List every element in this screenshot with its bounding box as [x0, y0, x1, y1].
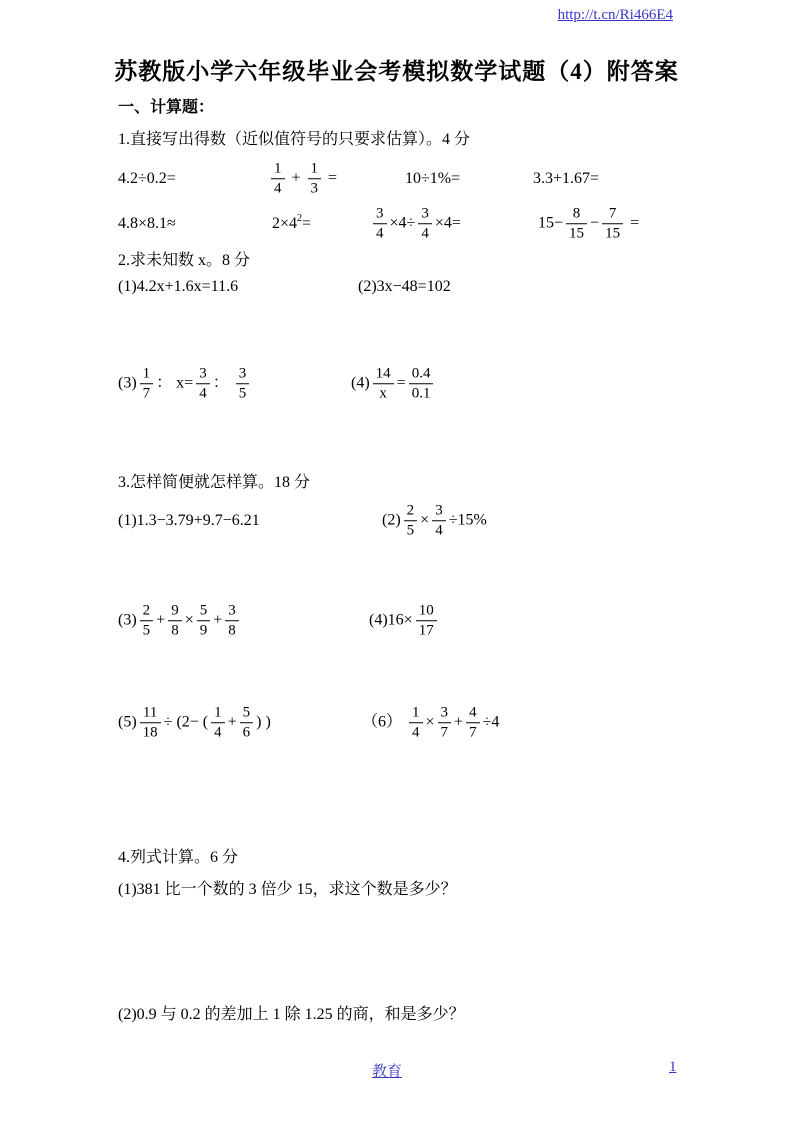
fraction: 14	[409, 704, 423, 742]
fraction: 34	[432, 502, 446, 540]
q1-row2-expr-2: 2×42=	[272, 215, 311, 233]
exponent: 2	[297, 213, 302, 224]
fraction: 34	[418, 205, 432, 243]
fraction: 56	[240, 704, 254, 742]
fraction: 47	[466, 704, 480, 742]
fraction: 25	[140, 602, 154, 640]
q3-expr-5: (5)1118÷ (2− (14+56) )	[118, 704, 271, 742]
q3-expr-4: (4)16×1017	[369, 602, 440, 640]
fraction: 14	[271, 160, 285, 198]
fraction: 13	[308, 160, 322, 198]
document-page: http://t.cn/Ri466E4 苏教版小学六年级毕业会考模拟数学试题（4…	[0, 0, 793, 1122]
q1-row2-expr-1: 4.8×8.1≈	[118, 215, 176, 233]
q3-expr-3: (3)25+98×59+38	[118, 602, 242, 640]
fraction: 715	[602, 205, 623, 243]
q1-row1-expr-3: 10÷1%=	[405, 170, 460, 188]
fraction: 815	[566, 205, 587, 243]
fraction: 37	[438, 704, 452, 742]
q3-expr-2: (2)25×34÷15%	[382, 502, 487, 540]
footer-education-link[interactable]: 教育	[372, 1060, 402, 1081]
fraction: 98	[168, 602, 182, 640]
q2-expr-2: (2)3x−48=102	[358, 278, 451, 296]
q3-expr-1: (1)1.3−3.79+9.7−6.21	[118, 512, 260, 530]
q4-label: 4.列式计算。6 分	[118, 848, 238, 868]
q3-row3: (5)1118÷ (2− (14+56) ) （6） 14×37+47÷4	[0, 694, 793, 752]
q3-expr-6: （6） 14×37+47÷4	[362, 704, 499, 742]
q2-row1: (1)4.2x+1.6x=11.6 (2)3x−48=102	[0, 272, 793, 302]
q1-row1-expr-2: 14 + 13 =	[268, 160, 337, 198]
q1-row2-expr-4: 15−815−715 =	[538, 205, 639, 243]
q3-row2: (3)25+98×59+38 (4)16×1017	[0, 592, 793, 650]
fraction: 25	[404, 502, 418, 540]
fraction: 34	[196, 365, 210, 403]
q2-label: 2.求未知数 x。8 分	[118, 251, 250, 271]
q1-label: 1.直接写出得数（近似值符号的只要求估算）。4 分	[118, 130, 470, 150]
q4-item-1: (1)381 比一个数的 3 倍少 15，求这个数是多少？	[118, 880, 457, 900]
q3-label: 3.怎样简便就怎样算。18 分	[118, 473, 310, 493]
q2-expr-4: (4)14x=0.40.1	[351, 365, 436, 403]
q1-row2: 4.8×8.1≈ 2×42= 34×4÷34×4= 15−815−715 =	[0, 198, 793, 250]
q1-row1-expr-1: 4.2÷0.2=	[118, 170, 176, 188]
q4-item-2: (2)0.9 与 0.2 的差加上 1 除 1.25 的商，和是多少？	[118, 1005, 465, 1025]
q1-row1-expr-4: 3.3+1.67=	[533, 170, 599, 188]
fraction: 1118	[140, 704, 161, 742]
page-title: 苏教版小学六年级毕业会考模拟数学试题（4）附答案	[0, 53, 793, 86]
fraction: 17	[140, 365, 154, 403]
q2-row2: (3)17： x=34： 35 (4)14x=0.40.1	[0, 355, 793, 413]
q2-expr-3: (3)17： x=34： 35	[118, 365, 252, 403]
fraction: 14x	[373, 365, 394, 403]
fraction: 0.40.1	[409, 365, 434, 403]
q1-row2-expr-3: 34×4÷34×4=	[370, 205, 461, 243]
fraction: 35	[236, 365, 250, 403]
fraction: 1017	[416, 602, 437, 640]
fraction: 14	[211, 704, 225, 742]
section-1-heading: 一、计算题：	[118, 98, 214, 118]
fraction: 38	[225, 602, 239, 640]
header-url-link[interactable]: http://t.cn/Ri466E4	[558, 7, 673, 24]
footer-page-number-link[interactable]: 1	[669, 1059, 677, 1076]
q2-expr-1: (1)4.2x+1.6x=11.6	[118, 278, 238, 296]
fraction: 34	[373, 205, 387, 243]
q3-row1: (1)1.3−3.79+9.7−6.21 (2)25×34÷15%	[0, 496, 793, 546]
fraction: 59	[197, 602, 211, 640]
